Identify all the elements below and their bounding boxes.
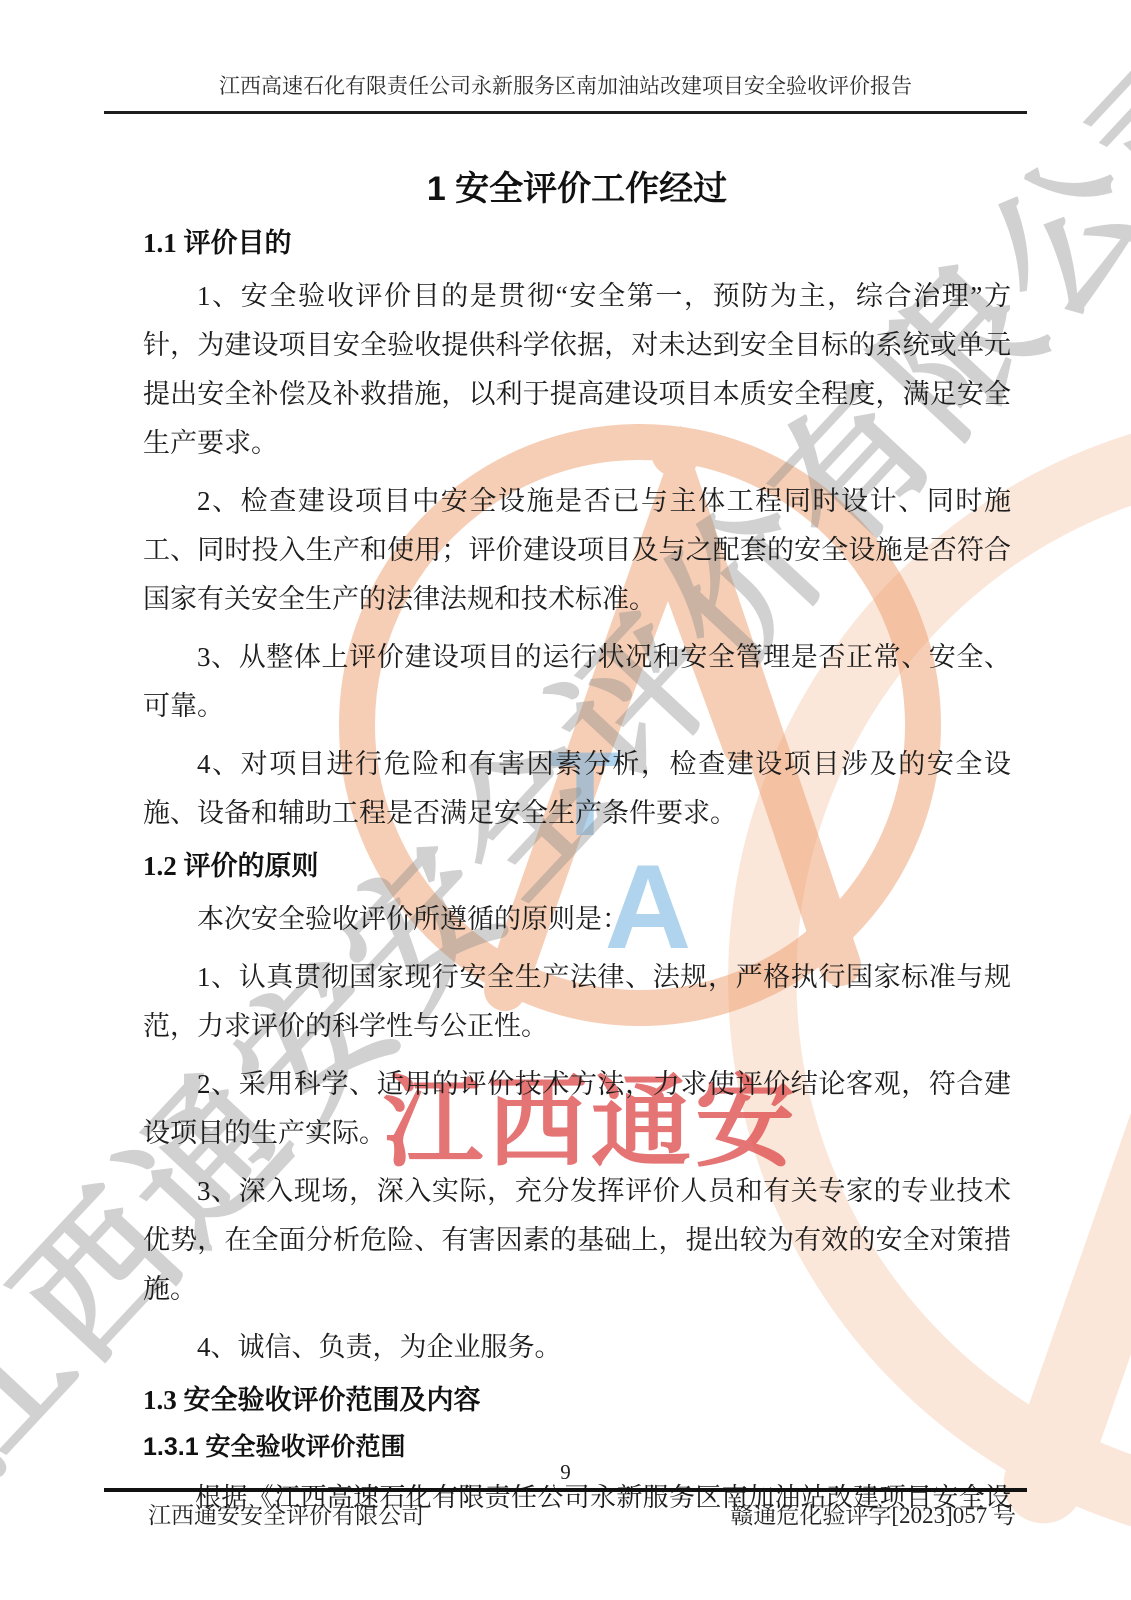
section-heading-1-2: 1.2 评价的原则: [143, 847, 1011, 885]
paragraph: 1、安全验收评价目的是贯彻“安全第一，预防为主，综合治理”方针，为建设项目安全验…: [143, 272, 1011, 468]
paragraph: 2、采用科学、适用的评价技术方法，力求使评价结论客观，符合建设项目的生产实际。: [143, 1060, 1011, 1158]
running-title: 江西高速石化有限责任公司永新服务区南加油站改建项目安全验收评价报告: [219, 74, 912, 98]
paragraph: 4、诚信、负责，为企业服务。: [143, 1323, 1011, 1372]
paragraph: 3、从整体上评价建设项目的运行状况和安全管理是否正常、安全、可靠。: [143, 633, 1011, 731]
page-header: 江西高速石化有限责任公司永新服务区南加油站改建项目安全验收评价报告: [104, 70, 1027, 114]
page-number: 9: [0, 1460, 1131, 1485]
paragraph: 本次安全验收评价所遵循的原则是：: [143, 895, 1011, 944]
footer-company-name: 江西通安安全评价有限公司: [148, 1497, 424, 1530]
footer-cert-number: 赣通危化验评字[2023]057 号: [730, 1497, 1016, 1530]
report-page: T A 江西通安安全评价有限公司 江西通安 江西高速石化有限责任公司永新服务区南…: [0, 0, 1131, 1600]
section-heading-1-1: 1.1 评价目的: [143, 224, 1011, 262]
section-heading-1-3: 1.3 安全验收评价范围及内容: [143, 1381, 1011, 1419]
chapter-title: 1 安全评价工作经过: [143, 166, 1011, 212]
document-body: 1 安全评价工作经过 1.1 评价目的 1、安全验收评价目的是贯彻“安全第一，预…: [143, 166, 1011, 1522]
paragraph: 2、检查建设项目中安全设施是否已与主体工程同时设计、同时施工、同时投入生产和使用…: [143, 477, 1011, 624]
paragraph: 3、深入现场，深入实际，充分发挥评价人员和有关专家的专业技术优势，在全面分析危险…: [143, 1167, 1011, 1314]
paragraph: 4、对项目进行危险和有害因素分析，检查建设项目涉及的安全设施、设备和辅助工程是否…: [143, 740, 1011, 838]
page-footer: 江西通安安全评价有限公司 赣通危化验评字[2023]057 号: [148, 1497, 1016, 1530]
paragraph: 1、认真贯彻国家现行安全生产法律、法规，严格执行国家标准与规范，力求评价的科学性…: [143, 953, 1011, 1051]
footer-rule: [104, 1488, 1027, 1492]
